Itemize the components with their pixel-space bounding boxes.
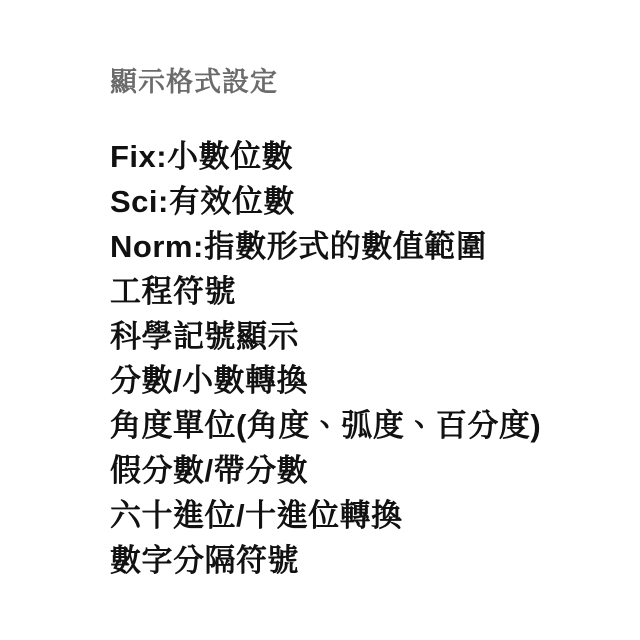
list-item: 六十進位/十進位轉換 [110, 494, 600, 539]
list-item: 假分數/帶分數 [110, 449, 600, 494]
page-title: 顯示格式設定 [110, 66, 600, 98]
list-item: Fix:小數位數 [110, 135, 600, 180]
list-item: 工程符號 [110, 270, 600, 315]
topic-list: Fix:小數位數 Sci:有效位數 Norm:指數形式的數值範圍 工程符號 科學… [110, 135, 600, 583]
list-item: Norm:指數形式的數值範圍 [110, 225, 600, 270]
list-item: 數字分隔符號 [110, 539, 600, 584]
document-page: 顯示格式設定 Fix:小數位數 Sci:有效位數 Norm:指數形式的數值範圍 … [0, 0, 640, 640]
list-item: 科學記號顯示 [110, 315, 600, 360]
list-item: Sci:有效位數 [110, 180, 600, 225]
list-item: 分數/小數轉換 [110, 359, 600, 404]
list-item: 角度單位(角度、弧度、百分度) [110, 404, 600, 449]
